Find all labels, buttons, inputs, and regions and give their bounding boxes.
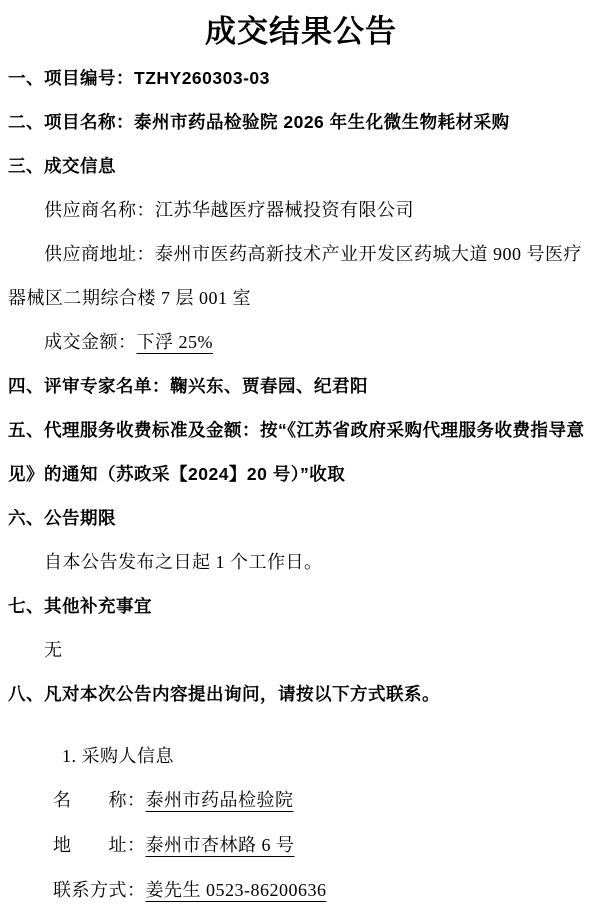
section-agency-fee: 五、代理服务收费标准及金额：按“《江苏省政府采购代理服务收费指导意见》的通知（苏…	[8, 408, 594, 496]
section-project-number: 一、项目编号：TZHY260303-03	[8, 56, 594, 100]
supplier-address-label: 供应商地址：	[44, 244, 155, 264]
section-other-matters-heading: 七、其他补充事宜	[8, 584, 594, 628]
announcement-period-body: 自本公告发布之日起 1 个工作日。	[8, 540, 594, 584]
section-deal-info-heading: 三、成交信息	[8, 144, 594, 188]
purchaser-contact-value: 姜先生 0523-86200636	[146, 880, 327, 900]
supplier-name-line: 供应商名称：江苏华越医疗器械投资有限公司	[8, 188, 594, 232]
deal-amount-line: 成交金额：下浮 25%	[8, 320, 594, 364]
section-project-name: 二、项目名称：泰州市药品检验院 2026 年生化微生物耗材采购	[8, 100, 594, 144]
section-announcement-period-heading: 六、公告期限	[8, 496, 594, 540]
purchaser-name-label: 名 称：	[53, 790, 146, 810]
project-name-label: 二、项目名称：	[8, 112, 134, 132]
purchaser-info-heading: 1. 采购人信息	[62, 734, 594, 778]
other-matters-body: 无	[8, 628, 594, 672]
supplier-name-label: 供应商名称：	[44, 200, 155, 220]
project-name-value: 泰州市药品检验院 2026 年生化微生物耗材采购	[134, 112, 510, 132]
deal-amount-value: 下浮 25%	[137, 332, 214, 352]
deal-amount-label: 成交金额：	[44, 332, 137, 352]
experts-value: 鞠兴东、贾春园、纪君阳	[170, 376, 368, 396]
section-experts: 四、评审专家名单：鞠兴东、贾春园、纪君阳	[8, 364, 594, 408]
supplier-name-value: 江苏华越医疗器械投资有限公司	[155, 200, 414, 220]
supplier-address-line: 供应商地址：泰州市医药高新技术产业开发区药城大道 900 号医疗器械区二期综合楼…	[8, 232, 594, 320]
purchaser-name-value: 泰州市药品检验院	[146, 790, 294, 810]
purchaser-address-label: 地 址：	[53, 835, 146, 855]
purchaser-contact-label: 联系方式：	[53, 880, 146, 900]
purchaser-address-row: 地 址：泰州市杏林路 6 号	[53, 823, 594, 868]
purchaser-address-value: 泰州市杏林路 6 号	[146, 835, 295, 855]
project-number-value: TZHY260303-03	[134, 68, 270, 88]
purchaser-name-row: 名 称：泰州市药品检验院	[53, 778, 594, 823]
document-title: 成交结果公告	[8, 8, 594, 56]
purchaser-contact-row: 联系方式：姜先生 0523-86200636	[53, 868, 594, 913]
announcement-document: 成交结果公告 一、项目编号：TZHY260303-03 二、项目名称：泰州市药品…	[0, 0, 600, 919]
project-number-label: 一、项目编号：	[8, 68, 134, 88]
experts-label: 四、评审专家名单：	[8, 376, 170, 396]
section-contact-heading: 八、凡对本次公告内容提出询问，请按以下方式联系。	[8, 672, 594, 716]
